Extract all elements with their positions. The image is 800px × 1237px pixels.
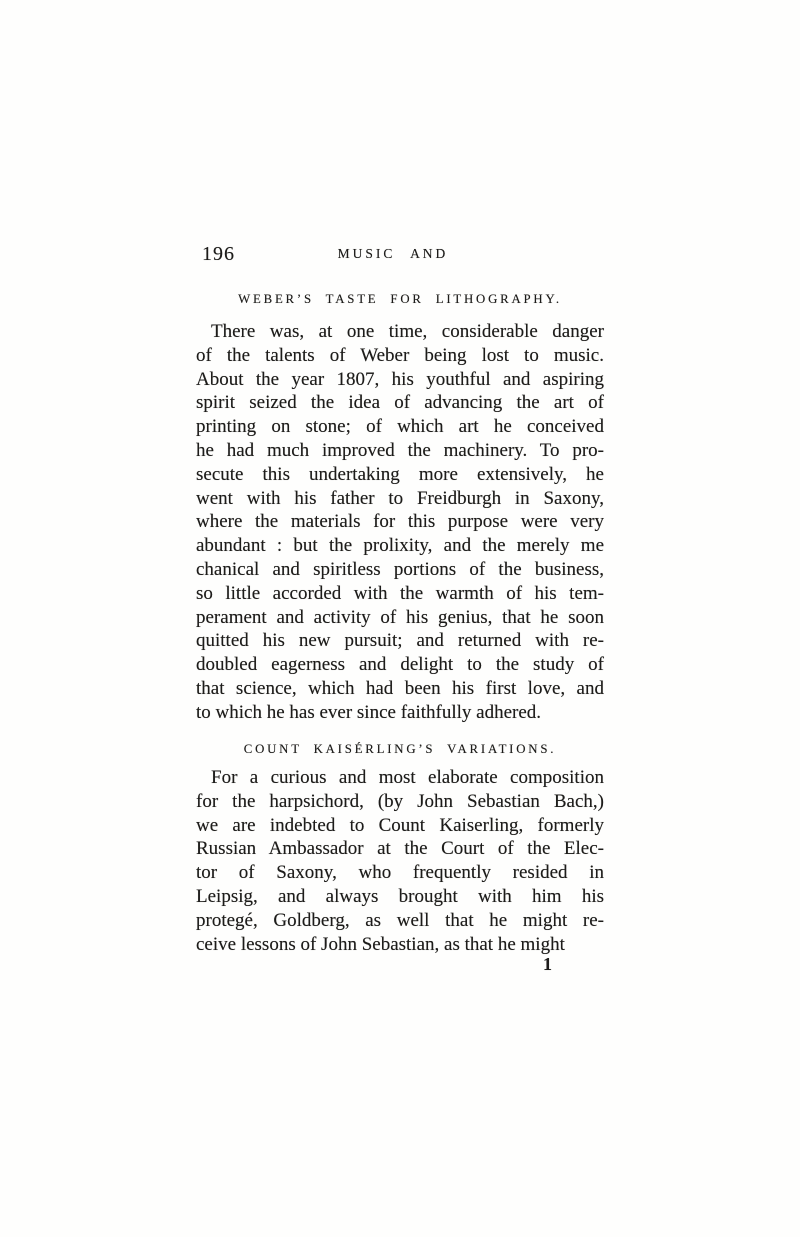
section-heading-weber: WEBER’S TASTE FOR LITHOGRAPHY. bbox=[196, 292, 604, 307]
text-line: he had much improved the machinery. To p… bbox=[196, 439, 604, 463]
book-page: 196 MUSIC AND WEBER’S TASTE FOR LITHOGRA… bbox=[0, 0, 800, 1237]
running-title: MUSIC AND bbox=[189, 246, 597, 262]
text-line: ceive lessons of John Sebastian, as that… bbox=[196, 933, 604, 957]
text-line: Russian Ambassador at the Court of the E… bbox=[196, 837, 604, 861]
text-line: doubled eagerness and delight to the stu… bbox=[196, 653, 604, 677]
text-line: Leipsig, and always brought with him his bbox=[196, 885, 604, 909]
text-line: where the materials for this purpose wer… bbox=[196, 510, 604, 534]
section-heading-kaiserling: COUNT KAISÉRLING’S VARIATIONS. bbox=[196, 742, 604, 757]
text-line: chanical and spiritless portions of the … bbox=[196, 558, 604, 582]
text-line: so little accorded with the warmth of hi… bbox=[196, 582, 604, 606]
paragraph-kaiserling: For a curious and most elaborate composi… bbox=[196, 766, 604, 956]
text-line: we are indebted to Count Kaiserling, for… bbox=[196, 814, 604, 838]
text-line: for the harpsichord, (by John Sebastian … bbox=[196, 790, 604, 814]
text-line: of the talents of Weber being lost to mu… bbox=[196, 344, 604, 368]
text-line: About the year 1807, his youthful and as… bbox=[196, 368, 604, 392]
text-line: went with his father to Freidburgh in Sa… bbox=[196, 487, 604, 511]
text-line: perament and activity of his genius, tha… bbox=[196, 606, 604, 630]
text-line: spirit seized the idea of advancing the … bbox=[196, 391, 604, 415]
text-line: to which he has ever since faithfully ad… bbox=[196, 701, 604, 725]
text-line: protegé, Goldberg, as well that he might… bbox=[196, 909, 604, 933]
text-line: For a curious and most elaborate composi… bbox=[196, 766, 604, 790]
text-line: secute this undertaking more extensively… bbox=[196, 463, 604, 487]
text-line: quitted his new pursuit; and returned wi… bbox=[196, 629, 604, 653]
text-line: printing on stone; of which art he conce… bbox=[196, 415, 604, 439]
text-line: that science, which had been his first l… bbox=[196, 677, 604, 701]
page-header: 196 MUSIC AND bbox=[196, 243, 604, 267]
text-line: There was, at one time, considerable dan… bbox=[196, 320, 604, 344]
text-line: abundant : but the prolixity, and the me… bbox=[196, 534, 604, 558]
paragraph-weber: There was, at one time, considerable dan… bbox=[196, 320, 604, 725]
text-line: tor of Saxony, who frequently resided in bbox=[196, 861, 604, 885]
signature-mark: 1 bbox=[543, 954, 552, 975]
